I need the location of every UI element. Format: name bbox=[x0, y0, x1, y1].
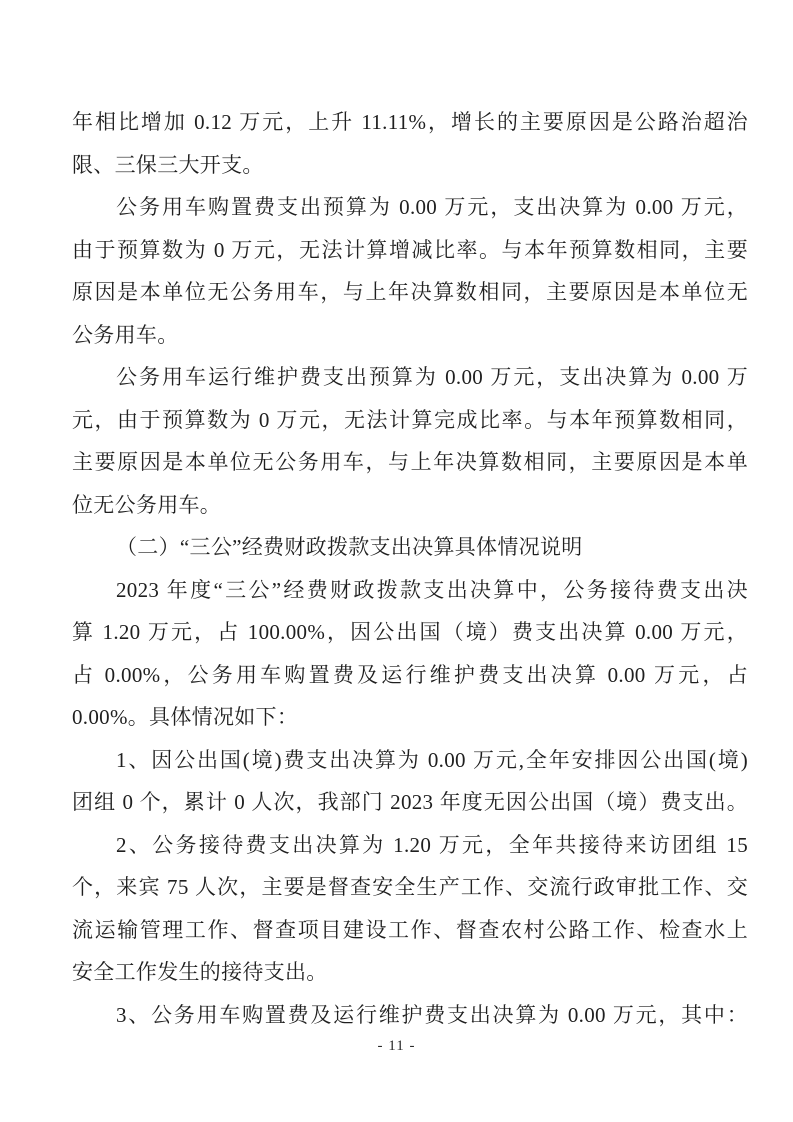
text-line-14: 占 0.00%，公务用车购置费及运行维护费支出决算 0.00 万元，占 bbox=[72, 654, 748, 697]
text-line-6: 公务用车。 bbox=[72, 314, 748, 357]
text-line-10: 位无公务用车。 bbox=[72, 484, 748, 527]
text-line-3: 公务用车购置费支出预算为 0.00 万元，支出决算为 0.00 万元， bbox=[72, 186, 748, 229]
section-heading: （二）“三公”经费财政拨款支出决算具体情况说明 bbox=[72, 526, 748, 569]
text-line-1: 年相比增加 0.12 万元，上升 11.11%，增长的主要原因是公路治超治 bbox=[72, 101, 748, 144]
text-line-18: 2、公务接待费支出决算为 1.20 万元，全年共接待来访团组 15 bbox=[72, 824, 748, 867]
text-line-21: 安全工作发生的接待支出。 bbox=[72, 951, 748, 994]
text-line-13: 算 1.20 万元，占 100.00%，因公出国（境）费支出决算 0.00 万元… bbox=[72, 611, 748, 654]
text-line-4: 由于预算数为 0 万元，无法计算增减比率。与本年预算数相同，主要 bbox=[72, 229, 748, 272]
text-line-19: 个，来宾 75 人次，主要是督查安全生产工作、交流行政审批工作、交 bbox=[72, 866, 748, 909]
text-line-20: 流运输管理工作、督查项目建设工作、督查农村公路工作、检查水上 bbox=[72, 909, 748, 952]
text-line-12: 2023 年度“三公”经费财政拨款支出决算中，公务接待费支出决 bbox=[72, 569, 748, 612]
text-line-5: 原因是本单位无公务用车，与上年决算数相同，主要原因是本单位无 bbox=[72, 271, 748, 314]
text-line-9: 主要原因是本单位无公务用车，与上年决算数相同，主要原因是本单 bbox=[72, 441, 748, 484]
text-line-15: 0.00%。具体情况如下： bbox=[72, 696, 748, 739]
document-body: 年相比增加 0.12 万元，上升 11.11%，增长的主要原因是公路治超治 限、… bbox=[72, 101, 748, 1036]
page-number: - 11 - bbox=[0, 1038, 793, 1055]
document-page: 年相比增加 0.12 万元，上升 11.11%，增长的主要原因是公路治超治 限、… bbox=[0, 0, 793, 1122]
text-line-22: 3、公务用车购置费及运行维护费支出决算为 0.00 万元，其中： bbox=[72, 994, 748, 1037]
text-line-17: 团组 0 个，累计 0 人次，我部门 2023 年度无因公出国（境）费支出。 bbox=[72, 781, 748, 824]
text-line-2: 限、三保三大开支。 bbox=[72, 144, 748, 187]
text-line-8: 元，由于预算数为 0 万元，无法计算完成比率。与本年预算数相同， bbox=[72, 399, 748, 442]
text-line-16: 1、因公出国(境)费支出决算为 0.00 万元,全年安排因公出国(境) bbox=[72, 739, 748, 782]
text-line-7: 公务用车运行维护费支出预算为 0.00 万元，支出决算为 0.00 万 bbox=[72, 356, 748, 399]
